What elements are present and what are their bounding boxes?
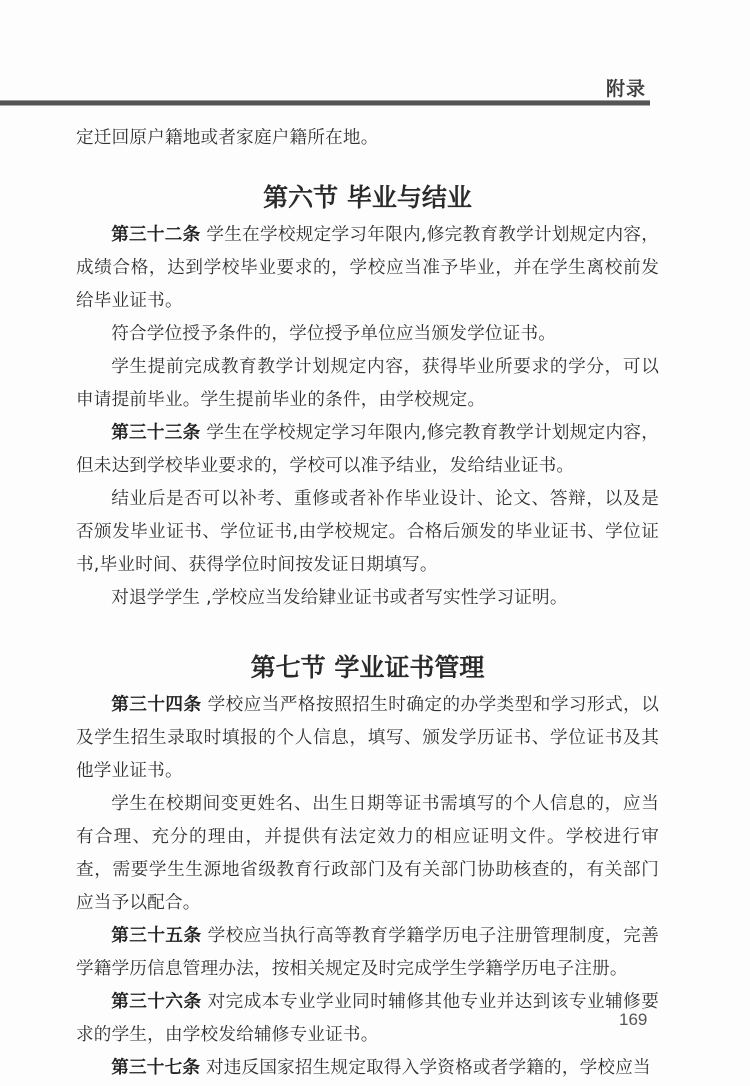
article-number: 第三十七条 xyxy=(111,1058,200,1078)
article-number: 第三十六条 xyxy=(111,992,201,1012)
paragraph: 符合学位授予条件的，学位授予单位应当颁发学位证书。 xyxy=(76,318,659,351)
article-35-paragraph: 第三十五条 学校应当执行高等教育学籍学历电子注册管理制度，完善学籍学历信息管理办… xyxy=(76,920,659,986)
running-header-title: 附录 xyxy=(606,74,646,101)
section-title-seven: 第七节 学业证书管理 xyxy=(76,649,659,687)
paragraph: 结业后是否可以补考、重修或者补作毕业设计、论文、答辩，以及是否颁发毕业证书、学位… xyxy=(76,483,659,582)
section-title-six: 第六节 毕业与结业 xyxy=(76,179,659,217)
article-number: 第三十二条 xyxy=(111,225,200,245)
article-36-paragraph: 第三十六条 对完成本专业学业同时辅修其他专业并达到该专业辅修要求的学生，由学校发… xyxy=(76,986,659,1052)
paragraph: 学生在校期间变更姓名、出生日期等证书需填写的个人信息的，应当有合理、充分的理由，… xyxy=(76,788,659,920)
page-number: 169 xyxy=(619,1010,647,1030)
article-text: 对违反国家招生规定取得入学资格或者学籍的，学校应当 xyxy=(200,1058,651,1078)
article-number: 第三十四条 xyxy=(111,695,201,715)
article-34-paragraph: 第三十四条 学校应当严格按照招生时确定的办学类型和学习形式，以及学生招生录取时填… xyxy=(76,689,659,788)
article-number: 第三十三条 xyxy=(111,423,200,443)
paragraph: 对退学学生 ,学校应当发给肄业证书或者写实性学习证明。 xyxy=(76,582,659,615)
paragraph: 学生提前完成教育教学计划规定内容，获得毕业所要求的学分，可以申请提前毕业。学生提… xyxy=(76,351,659,417)
page-body: 定迁回原户籍地或者家庭户籍所在地。 第六节 毕业与结业 第三十二条 学生在学校规… xyxy=(76,122,659,1085)
article-32-paragraph: 第三十二条 学生在学校规定学习年限内,修完教育教学计划规定内容，成绩合格，达到学… xyxy=(76,219,659,318)
article-number: 第三十五条 xyxy=(111,926,201,946)
continuation-paragraph: 定迁回原户籍地或者家庭户籍所在地。 xyxy=(76,122,659,155)
header-rule-divider xyxy=(0,100,650,106)
article-37-paragraph: 第三十七条 对违反国家招生规定取得入学资格或者学籍的，学校应当 xyxy=(76,1052,659,1085)
article-33-paragraph: 第三十三条 学生在学校规定学习年限内,修完教育教学计划规定内容，但未达到学校毕业… xyxy=(76,417,659,483)
